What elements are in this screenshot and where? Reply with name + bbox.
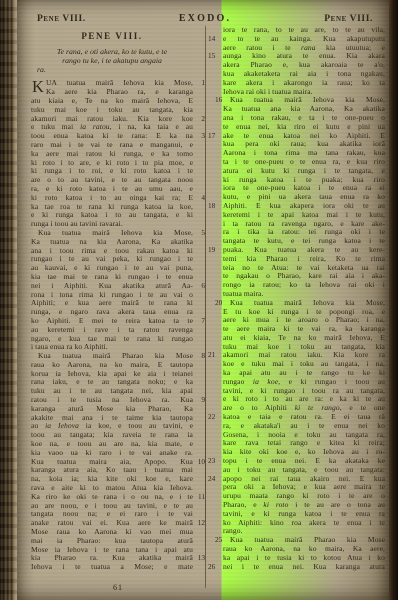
line-text: toou au tangata; kia raveia te rana ia <box>31 430 193 439</box>
line-text: are o to au tavini, e te au tangata noou <box>31 175 193 184</box>
line-text: ta i te one-pueu o te enua ra, e kua rir… <box>223 157 385 166</box>
line-text: i ta ratou ra ravenga ngaro, e kare ake- <box>223 219 385 228</box>
line-text: te enua nei, kia riro ei kutu e pini ua <box>223 122 385 131</box>
line-text: ra, e akataka'i au i te enua nei ko <box>223 421 385 430</box>
verse-number: 13 <box>198 554 205 563</box>
line-text: atu ei kiaia, Te na ko mairā Iehova, E <box>223 333 385 342</box>
book-page: Pene VIII. EXODO. Pene VIII. PENE VIII. … <box>17 0 389 600</box>
line-text: ra i tika ia ratou: tei runga oki i te <box>223 227 385 236</box>
line-text: koe na, e toou au are na, kia mate, e <box>31 439 193 448</box>
line-text: karanga aturā Mose kia Pharao, Ka <box>31 404 193 413</box>
line-text: Aarona i tona rima ma tana rakau, kua <box>223 148 385 157</box>
line-text: au keretemi i rave i ta ratou ravenga <box>31 325 193 334</box>
line-text: ka apai i te tusia ki to kotou Atua i ko <box>223 553 385 562</box>
line-text: Aiphiti. E kua akapera iora oki te au <box>223 201 385 210</box>
line-text: topu i te enua nei. E ka akataka ke <box>223 456 385 465</box>
verse-number: 20 <box>208 299 222 308</box>
line-text: ki runga i to roi, e ki roto katoa i te <box>31 166 193 175</box>
line-text: ko Aiphiti. E mei te reira katoa ta te <box>31 316 193 325</box>
line-text: kare rava tetai rango e kitea ki reira; <box>223 438 385 447</box>
verse-number: 18 <box>208 202 215 211</box>
line-text: kua pera oki raua; kua akatika iorā <box>223 139 385 148</box>
line-text: au are noou, e i toou au tavini, e te au <box>31 501 193 510</box>
line-text: aunga kino atura te enua. Kia akara <box>223 51 385 60</box>
line-text: karanga atura aia, Ko taau i tuatua mai <box>31 465 193 474</box>
line-text: Aiphiti; e kua aere mairā te rana ki <box>31 298 193 307</box>
verse-number: 7 <box>201 317 205 326</box>
line-text: ana i tona rakau, e ta i te one-pueu o <box>223 113 385 122</box>
line-text: ko Aiphiti: kino roa akera te enua i te <box>223 518 385 527</box>
line-text: temi kia Pharao i reira, Ko te rima <box>223 254 385 263</box>
line-text: kia vaoo ua ki raro i te vai anake ra. <box>31 448 193 457</box>
verse-number: 9 <box>201 396 205 405</box>
line-text: toou enua katoa ki te rana: E ka na <box>31 131 193 140</box>
line-text: Mose raua ko Aarona ki vao mei mua <box>31 527 193 536</box>
left-column-lines: 1UA tuatua mairā Iehova kia Mose,Ka aere… <box>31 79 193 572</box>
line-text: tuku mai koe i toku au tangata, kia <box>223 342 385 351</box>
line-text: urupu maata rango ki roto i te are o <box>223 491 385 500</box>
line-text: e tuku mai ia ratou, i na, ka taia e au <box>31 122 193 131</box>
verse-number: 2 <box>201 115 205 124</box>
text-column-left: PENE VIII. Te rana, e oti akera, ko te k… <box>31 26 205 588</box>
line-text: aere ki mua i te aroaro o Pharao; i na, <box>223 315 385 324</box>
line-text: i taua enua ra ko Aiphiti. <box>31 342 108 351</box>
line-text: kare akera i akarongo ia raua; ko ta <box>223 78 385 87</box>
line-text: Kua tuatua maira aia, Apopo. Kua <box>31 457 193 466</box>
column-divider-rule <box>205 26 206 588</box>
line-text: UA tuatua mairā Iehova kia Mose, <box>46 78 193 87</box>
text-line: rango tu ke, i te akatupu angaia <box>31 56 193 65</box>
line-text: teia no te Atua: te vai ketaketa ua rai <box>223 263 385 272</box>
line-text: tuatua maira. <box>223 289 263 298</box>
line-text: anake ratou vai ei. Kua aere ke mairā <box>31 518 193 527</box>
line-text: ka tae roa te rana ki runga katoa ia koe… <box>31 202 193 211</box>
line-text: ka apai atu au i te rango tu ke ki <box>223 368 385 377</box>
line-text: e to te au kainga. Kua akaputuputu <box>223 34 385 43</box>
line-text: ki roto katoa i to au oinga kai ra; E <box>31 193 193 202</box>
line-text: rava e aite ki to matou Atua kia Iehova. <box>31 483 193 492</box>
line-text: Kua tuatua mairā Iehova kia Mose, <box>38 228 193 237</box>
line-text: au ia Iehova ia koe, e toou au tavini, e <box>31 421 193 430</box>
line-text: ki roto i to are, e ki roto i to pia moe… <box>31 158 193 167</box>
text-line: ko Aiphiti: kino roa akera te enua i te <box>223 519 385 528</box>
line-text: Mose ia Iehova i te rana tana i apai atu <box>31 545 193 554</box>
text-line: ra. <box>31 65 193 74</box>
line-text: tavini, e ki runga katoa i te enua ra <box>223 509 385 518</box>
verse-number: 17 <box>208 132 215 141</box>
running-head-left: Pene VIII. <box>37 14 86 24</box>
line-text: kia kite oki koe e, ko Iehova au i ro- <box>223 447 385 456</box>
line-text: mai ia Pharao: kua tautopa aturā <box>31 536 193 545</box>
right-column-body: iora te rana, to te au are, to te au vil… <box>223 26 385 571</box>
left-column-body: K 1UA tuatua mairā Iehova kia Mose,Ka ae… <box>31 79 193 572</box>
text-line: Te rana, e oti akera, ko te kutu, e te <box>31 47 193 56</box>
chapter-summary: Te rana, e oti akera, ko te kutu, e tera… <box>31 47 193 73</box>
verse-number: 11 <box>198 493 205 502</box>
text-line: Iehova i te tuatua a Mose; e mate <box>31 563 193 572</box>
line-text: iora te rana, to te au are, to te au vil… <box>223 25 385 34</box>
line-text: rango. <box>223 526 243 535</box>
line-text: Iehova i te tuatua a Mose; e mate <box>31 562 193 571</box>
line-text: iora te one-pueu katoa i te enua ra ei <box>223 183 385 192</box>
line-text: tangata noou na; e ei raro i te vai <box>31 509 193 518</box>
line-text: Ka aere kia Pharao ra, e karanga <box>46 87 193 96</box>
line-text: Iehova rai oki i tuatua maira. <box>223 87 313 96</box>
line-text: aere ratou i te rana kia utuutua; e <box>223 43 385 52</box>
text-column-right: iora te rana, to te au are, to te au vil… <box>208 26 385 588</box>
line-text: raro mai i te vai te rana e manganui, e <box>31 140 193 149</box>
line-text: te ngakau o Pharao, kare rai aia i aka- <box>223 271 385 280</box>
line-text: korua ia Iehova, kia apai ke aia i teian… <box>31 369 193 378</box>
line-text: puaka. Kua tuatua akera te au kere- <box>223 245 385 254</box>
verse-number: 22 <box>208 413 215 422</box>
line-text: Te rana, e oti akera, ko te kutu, e te <box>57 47 167 56</box>
line-text: ngaro, e kua tae mai te rana ki rungao <box>31 334 193 343</box>
chapter-heading: PENE VIII. <box>31 31 193 41</box>
line-text: Pharao, e ki roto i te au are o tona au <box>223 500 385 509</box>
line-text: na, koia ia; kia kite oki koe e, kare <box>31 474 193 483</box>
line-text: Ka tuatua ana kia Aarona, Ka akatika <box>223 104 385 113</box>
line-text: Kua tuatua mairā Pharao kia Mose <box>38 351 193 360</box>
line-text: ka aere mai ratou ki runga, e ka tomo <box>31 149 193 158</box>
line-text: apopo nei rai taua akairo nei. E kua <box>223 474 385 483</box>
line-text: atu kiaia e, Te na ko mairā Iehova, E <box>31 96 193 105</box>
line-text: ake te enua katoa nei ko Aiphiti. E <box>223 131 385 140</box>
right-column-lines: iora te rana, to te au are, to te au vil… <box>223 26 385 571</box>
line-text: atura ei kutu ki runga i te tangata, e <box>223 166 385 175</box>
line-text: nei i te enua nei. Kua karanga atura <box>223 562 385 571</box>
book-title: EXODO. <box>179 13 231 24</box>
verse-number: 12 <box>198 519 205 528</box>
line-text: rango tu ke, i te akatupu angaia <box>62 56 162 65</box>
verse-number: 26 <box>208 563 215 572</box>
verse-number: 23 <box>208 457 215 466</box>
line-text: nei i Aiphiti. Kua akatika aturā Aa- <box>31 281 193 290</box>
verse-number: 6 <box>201 282 205 291</box>
book-right-edge <box>389 0 398 600</box>
verse-number: 24 <box>208 475 215 484</box>
verse-number: 10 <box>198 458 205 467</box>
line-text: runga i toou au tavini ravarai. <box>31 219 123 228</box>
line-text: kutu, e pini ua akera taua enua ra ko <box>223 192 385 201</box>
text-line: 26nei i te enua nei. Kua karanga atura <box>223 563 385 572</box>
verse-number: 16 <box>208 96 222 105</box>
line-text: rungao ia koe, e ki rungao i toou au <box>223 377 385 386</box>
verse-number: 21 <box>208 351 215 360</box>
line-text: ana i toou rima e toou rakau katoa ki <box>31 246 193 255</box>
line-text: au i toku au tangata, e toou au tangata: <box>223 465 385 474</box>
line-text: tuku mai koe i toku au tangata, kia <box>31 105 193 114</box>
verse-number: 3 <box>201 132 205 141</box>
line-text: Gosena, i nooia e toku au tangata ra, <box>223 430 385 439</box>
page-number: 61 <box>31 583 205 592</box>
line-text: tavini, e ki rungao i toou ra au tangata… <box>223 386 385 395</box>
line-text: rongo ia ratou; ko ta Iehova rai oki i <box>223 280 385 289</box>
line-text: raua ko Aarona, na ko maira, Ka aere, <box>223 544 385 553</box>
verse-number: 25 <box>208 536 222 545</box>
running-head-right: Pene VIII. <box>324 14 373 24</box>
line-text: akamori mai ratou iaku. Kia kore ra <box>223 350 385 359</box>
line-text: keretemi i te apai katoa mai i te kutu, <box>223 210 385 219</box>
line-text: au kauvai, e ki rungao i te au vai puna, <box>31 263 193 272</box>
line-text: pera oki a Iehova; e kua aere maira te <box>223 482 385 491</box>
line-text: rana iaku, e te au tangata noku; e ka <box>31 377 193 386</box>
line-text: akakite mai ana i te taime kia tautopa <box>31 413 193 422</box>
line-text: rona i tona rima ki rungao i te au vai o <box>31 290 193 299</box>
line-text: raua ko Aarona, na ko maira, E tautopa <box>31 360 193 369</box>
line-text: ki runga katoa i te puaka; kua riro <box>223 175 385 184</box>
verse-number: 19 <box>208 246 215 255</box>
verse-number: 5 <box>194 229 205 238</box>
running-head: Pene VIII. EXODO. Pene VIII. <box>37 13 373 24</box>
line-text: te aere maira ki te vai ra, ka karanga <box>223 324 385 333</box>
verse-number: 15 <box>208 52 215 61</box>
line-text: koe e tuku mai i toku au tangata, i na, <box>223 359 385 368</box>
verse-number: 1 <box>201 79 205 88</box>
line-text: runga, e ngaro rava akera taua enua ra <box>31 307 193 316</box>
line-text: Kua tuatua mairā Pharao kia Mose <box>230 535 385 544</box>
line-text: kia tae mai te rana ki rungao i te enua <box>31 272 193 281</box>
line-text: Kua tuatua mairā Iehova kia Mose, <box>230 298 385 307</box>
line-text: tuku au i te au tangata nei, kia apai <box>31 386 193 395</box>
book-photo: Pene VIII. EXODO. Pene VIII. PENE VIII. … <box>0 0 398 600</box>
line-text: Ka tuatua na kia Aarona, Ka akatika <box>31 237 193 246</box>
verse-number: 8 <box>194 352 205 361</box>
line-text: akamori mai ratou iaku. Kia kore koe <box>31 114 193 123</box>
book-left-page-edges <box>0 0 17 600</box>
line-text: kua akaketaketa rai aia i tona ngakau, <box>223 69 385 78</box>
line-text: tangata te kutu, e tei runga katoa i te <box>223 236 385 245</box>
line-text: ratou i te tusia na Iehova ra. Kua <box>31 395 193 404</box>
verse-number: 4 <box>201 194 205 203</box>
line-text: E tu koe ki runga i te popongi roa, e <box>223 307 385 316</box>
text-columns: PENE VIII. Te rana, e oti akera, ko te k… <box>31 26 385 588</box>
line-text: ra, e ki roto katoa i te au umu aau, e <box>31 184 193 193</box>
line-text: kia Pharao ra. Kua akatika mairā <box>31 553 193 562</box>
line-text: e ki roto i to au are ra: e ka ki te au <box>223 394 385 403</box>
line-text: katoa e taia e ratou ra. E ei taua rā <box>223 412 385 421</box>
line-text: ra. <box>37 65 46 74</box>
line-text: Kua tuatua mairā Iehova kia Mose, <box>230 95 385 104</box>
line-text: e ki runga katoa i to au tangata, e ki <box>31 210 193 219</box>
line-text: akera Pharao e, kua akaroaia te a'o, <box>223 60 385 69</box>
line-text: Ka riro ke oki te rana i o ou na, e i te <box>31 492 193 501</box>
line-text: are o to Aiphiti ki te rango, e te one <box>223 403 385 412</box>
verse-number: 14 <box>208 35 215 44</box>
line-text: rungao i te au vai peka, ki rungao i te <box>31 254 193 263</box>
